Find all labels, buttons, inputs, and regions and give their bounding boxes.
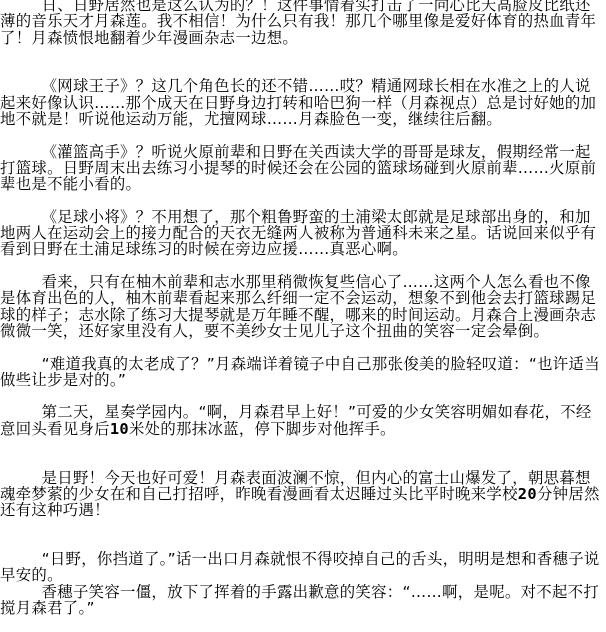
minutes-number: 20 [518,485,537,503]
paragraph-5: 看来，只有在柚木前辈和志水那里稍微恢复些信心了……这两个人怎么看也不像是体育出色… [0,274,600,339]
paragraph-9: “日野，你挡道了。”话一出口月森就恨不得咬掉自己的舌头，明明是想和香穗子说早安的… [0,551,600,584]
paragraph-spacer [0,127,600,143]
paragraph-3: 《灌篮高手》？听说火原前辈和日野在关西读大学的哥哥是球友，假期经常一起打篮球。日… [0,144,600,193]
paragraph-spacer [0,258,600,274]
document-page: 日、日野居然也是这么认为的？！这件事情着实打击了一向心比天高脸皮比纸还薄的音乐天… [0,0,600,616]
paragraph-spacer [0,519,600,552]
paragraph-7-text-after: 米处的那抹冰蓝，停下脚步对他挥手。 [129,420,396,438]
paragraph-8: 是日野！今天也好可爱！月森表面波澜不惊，但内心的富士山爆发了，朝思暮想魂牵梦萦的… [0,470,600,519]
paragraph-2: 《网球王子》？这几个角色长的还不错……哎？精通网球长相在水准之上的人说起来好像认… [0,78,600,127]
paragraph-4: 《足球小将》？不用想了，那个粗鲁野蛮的土浦梁太郎就是足球部出身的，和加地两人在运… [0,209,600,258]
paragraph-6: “难道我真的太老成了？”月森端详着镜子中自己那张俊美的脸轻叹道：“也许适当做些让… [0,356,600,389]
paragraph-8-text-before: 是日野！今天也好可爱！月森表面波澜不惊，但内心的富士山爆发了，朝思暮想魂牵梦萦的… [0,469,591,503]
paragraph-spacer [0,193,600,209]
paragraph-spacer [0,339,600,355]
paragraph-1: 日、日野居然也是这么认为的？！这件事情着实打击了一向心比天高脸皮比纸还薄的音乐天… [0,0,600,46]
paragraph-spacer [0,46,600,79]
paragraph-7: 第二天，星奏学园内。“啊，月森君早上好！”可爱的少女笑容明媚如春花，不经意回头看… [0,404,600,437]
paragraph-10: 香穗子笑容一僵，放下了挥着的手露出歉意的笑容：“……啊，是呢。对不起不打搅月森君… [0,584,600,617]
distance-number: 10 [110,420,129,438]
paragraph-spacer [0,437,600,470]
paragraph-spacer [0,388,600,404]
